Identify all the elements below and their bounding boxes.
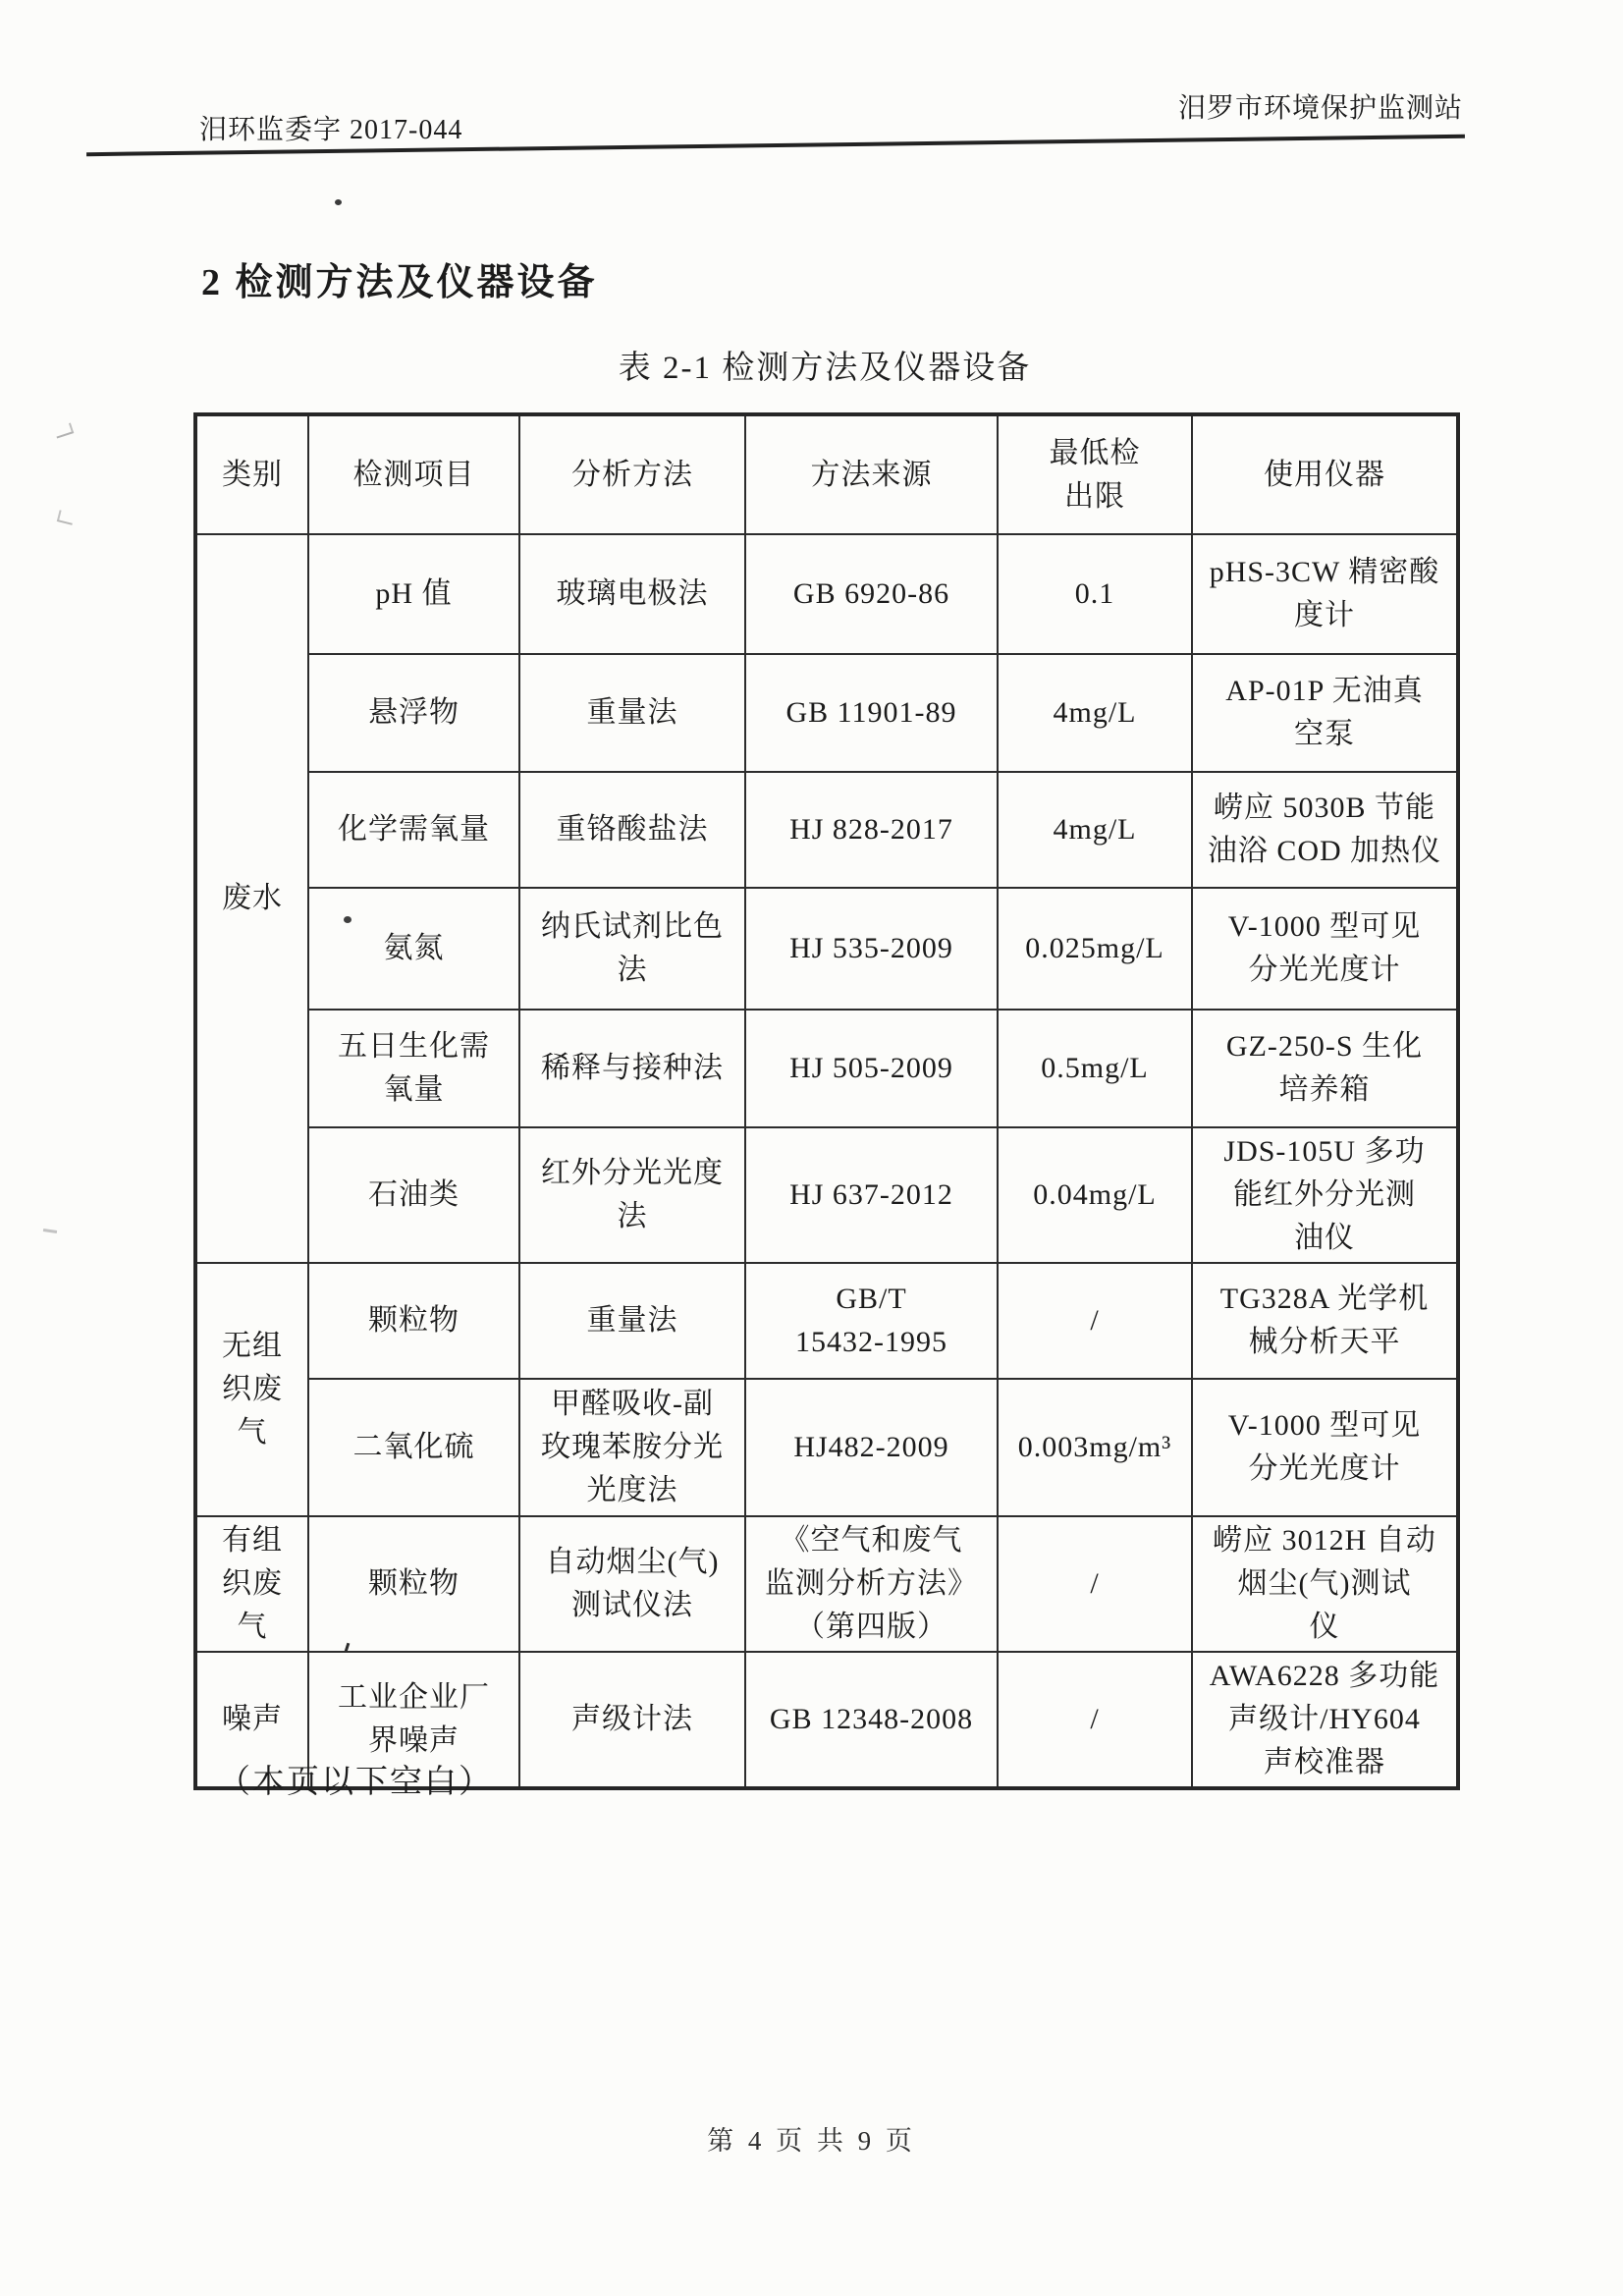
column-header-limit: 最低检 出限 [998,414,1192,534]
method-cell: 玻璃电极法 [519,534,745,654]
instrument-cell: V-1000 型可见 分光光度计 [1192,1379,1458,1516]
table-row: 石油类 红外分光光度 法 HJ 637-2012 0.04mg/L JDS-10… [195,1127,1458,1263]
item-cell: 二氧化硫 [308,1379,519,1516]
instrument-cell: TG328A 光学机 械分析天平 [1192,1263,1458,1379]
method-cell: 重铬酸盐法 [519,772,745,888]
table-row: 化学需氧量 重铬酸盐法 HJ 828-2017 4mg/L 崂应 5030B 节… [195,772,1458,888]
instrument-cell: AWA6228 多功能 声级计/HY604 声校准器 [1192,1652,1458,1788]
instrument-cell: GZ-250-S 生化 培养箱 [1192,1010,1458,1127]
source-cell: GB 6920-86 [745,534,998,654]
source-cell: HJ 828-2017 [745,772,998,888]
section-title: 2 检测方法及仪器设备 [201,251,598,305]
methods-table: 类别 检测项目 分析方法 方法来源 最低检 出限 使用仪器 废水 pH 值 玻璃… [193,412,1460,1790]
method-cell: 重量法 [519,654,745,772]
column-header-instrument: 使用仪器 [1192,414,1458,534]
column-header-method: 分析方法 [519,414,745,534]
source-cell: HJ 505-2009 [745,1010,998,1127]
table-row: 无组 织废 气 颗粒物 重量法 GB/T 15432-1995 / TG328A… [195,1263,1458,1379]
scan-dot-artifact [344,916,352,923]
table-row: 有组 织废 气 颗粒物 自动烟尘(气) 测试仪法 《空气和废气 监测分析方法》 … [195,1516,1458,1652]
instrument-cell: 崂应 5030B 节能 油浴 COD 加热仪 [1192,772,1458,888]
limit-cell: / [998,1652,1192,1788]
instrument-cell: V-1000 型可见 分光光度计 [1192,888,1458,1010]
table-row: 氨氮 纳氏试剂比色 法 HJ 535-2009 0.025mg/L V-1000… [195,888,1458,1010]
item-cell: 颗粒物 [308,1263,519,1379]
source-cell: GB 12348-2008 [745,1652,998,1788]
method-cell: 纳氏试剂比色 法 [519,888,745,1010]
source-cell: HJ 535-2009 [745,888,998,1010]
blank-note: （本页以下空白） [218,1756,493,1802]
item-cell: pH 值 [308,534,519,654]
item-cell: 五日生化需 氧量 [308,1010,519,1127]
limit-cell: 0.1 [998,534,1192,654]
column-header-item: 检测项目 [308,414,519,534]
source-cell: HJ 637-2012 [745,1127,998,1263]
scan-dash-artifact [43,1229,57,1233]
item-cell: 悬浮物 [308,654,519,772]
instrument-cell: JDS-105U 多功 能红外分光测 油仪 [1192,1127,1458,1263]
source-cell: GB 11901-89 [745,654,998,772]
header-row: 类别 检测项目 分析方法 方法来源 最低检 出限 使用仪器 [195,414,1458,534]
method-cell: 重量法 [519,1263,745,1379]
instrument-cell: AP-01P 无油真 空泵 [1192,654,1458,772]
instrument-cell: pHS-3CW 精密酸 度计 [1192,534,1458,654]
method-cell: 稀释与接种法 [519,1010,745,1127]
item-cell: 颗粒物 [308,1516,519,1652]
instrument-cell: 崂应 3012H 自动 烟尘(气)测试 仪 [1192,1516,1458,1652]
table-caption: 表 2-1 检测方法及仪器设备 [193,342,1456,388]
method-cell: 甲醛吸收-副 玫瑰苯胺分光 光度法 [519,1379,745,1516]
scan-dot-artifact [335,199,342,205]
page-number: 第 4 页 共 9 页 [0,2119,1623,2158]
limit-cell: 0.04mg/L [998,1127,1192,1263]
column-header-category: 类别 [195,414,308,534]
category-cell-fugitive-gas: 无组 织废 气 [195,1263,308,1516]
item-cell: 石油类 [308,1127,519,1263]
source-cell: HJ482-2009 [745,1379,998,1516]
category-cell-wastewater: 废水 [195,534,308,1263]
method-cell: 声级计法 [519,1652,745,1788]
table-row: 废水 pH 值 玻璃电极法 GB 6920-86 0.1 pHS-3CW 精密酸… [195,534,1458,654]
item-cell: 化学需氧量 [308,772,519,888]
source-cell: 《空气和废气 监测分析方法》 （第四版） [745,1516,998,1652]
method-cell: 红外分光光度 法 [519,1127,745,1263]
item-cell: 氨氮 [308,888,519,1010]
agency-name: 汨罗市环境保护监测站 [1178,86,1463,126]
limit-cell: / [998,1516,1192,1652]
limit-cell: 4mg/L [998,654,1192,772]
table-row: 悬浮物 重量法 GB 11901-89 4mg/L AP-01P 无油真 空泵 [195,654,1458,772]
method-cell: 自动烟尘(气) 测试仪法 [519,1516,745,1652]
pencil-mark-artifact [54,422,75,438]
pencil-mark-artifact [57,510,75,525]
limit-cell: 0.003mg/m³ [998,1379,1192,1516]
limit-cell: 0.025mg/L [998,888,1192,1010]
limit-cell: 4mg/L [998,772,1192,888]
table-row: 二氧化硫 甲醛吸收-副 玫瑰苯胺分光 光度法 HJ482-2009 0.003m… [195,1379,1458,1516]
source-cell: GB/T 15432-1995 [745,1263,998,1379]
limit-cell: / [998,1263,1192,1379]
limit-cell: 0.5mg/L [998,1010,1192,1127]
doc-number: 汨环监委字 2017-044 [199,108,462,147]
column-header-source: 方法来源 [745,414,998,534]
category-cell-stack-gas: 有组 织废 气 [195,1516,308,1652]
table-row: 五日生化需 氧量 稀释与接种法 HJ 505-2009 0.5mg/L GZ-2… [195,1010,1458,1127]
document-page: 汨环监委字 2017-044 汨罗市环境保护监测站 2 检测方法及仪器设备 表 … [0,0,1623,2296]
